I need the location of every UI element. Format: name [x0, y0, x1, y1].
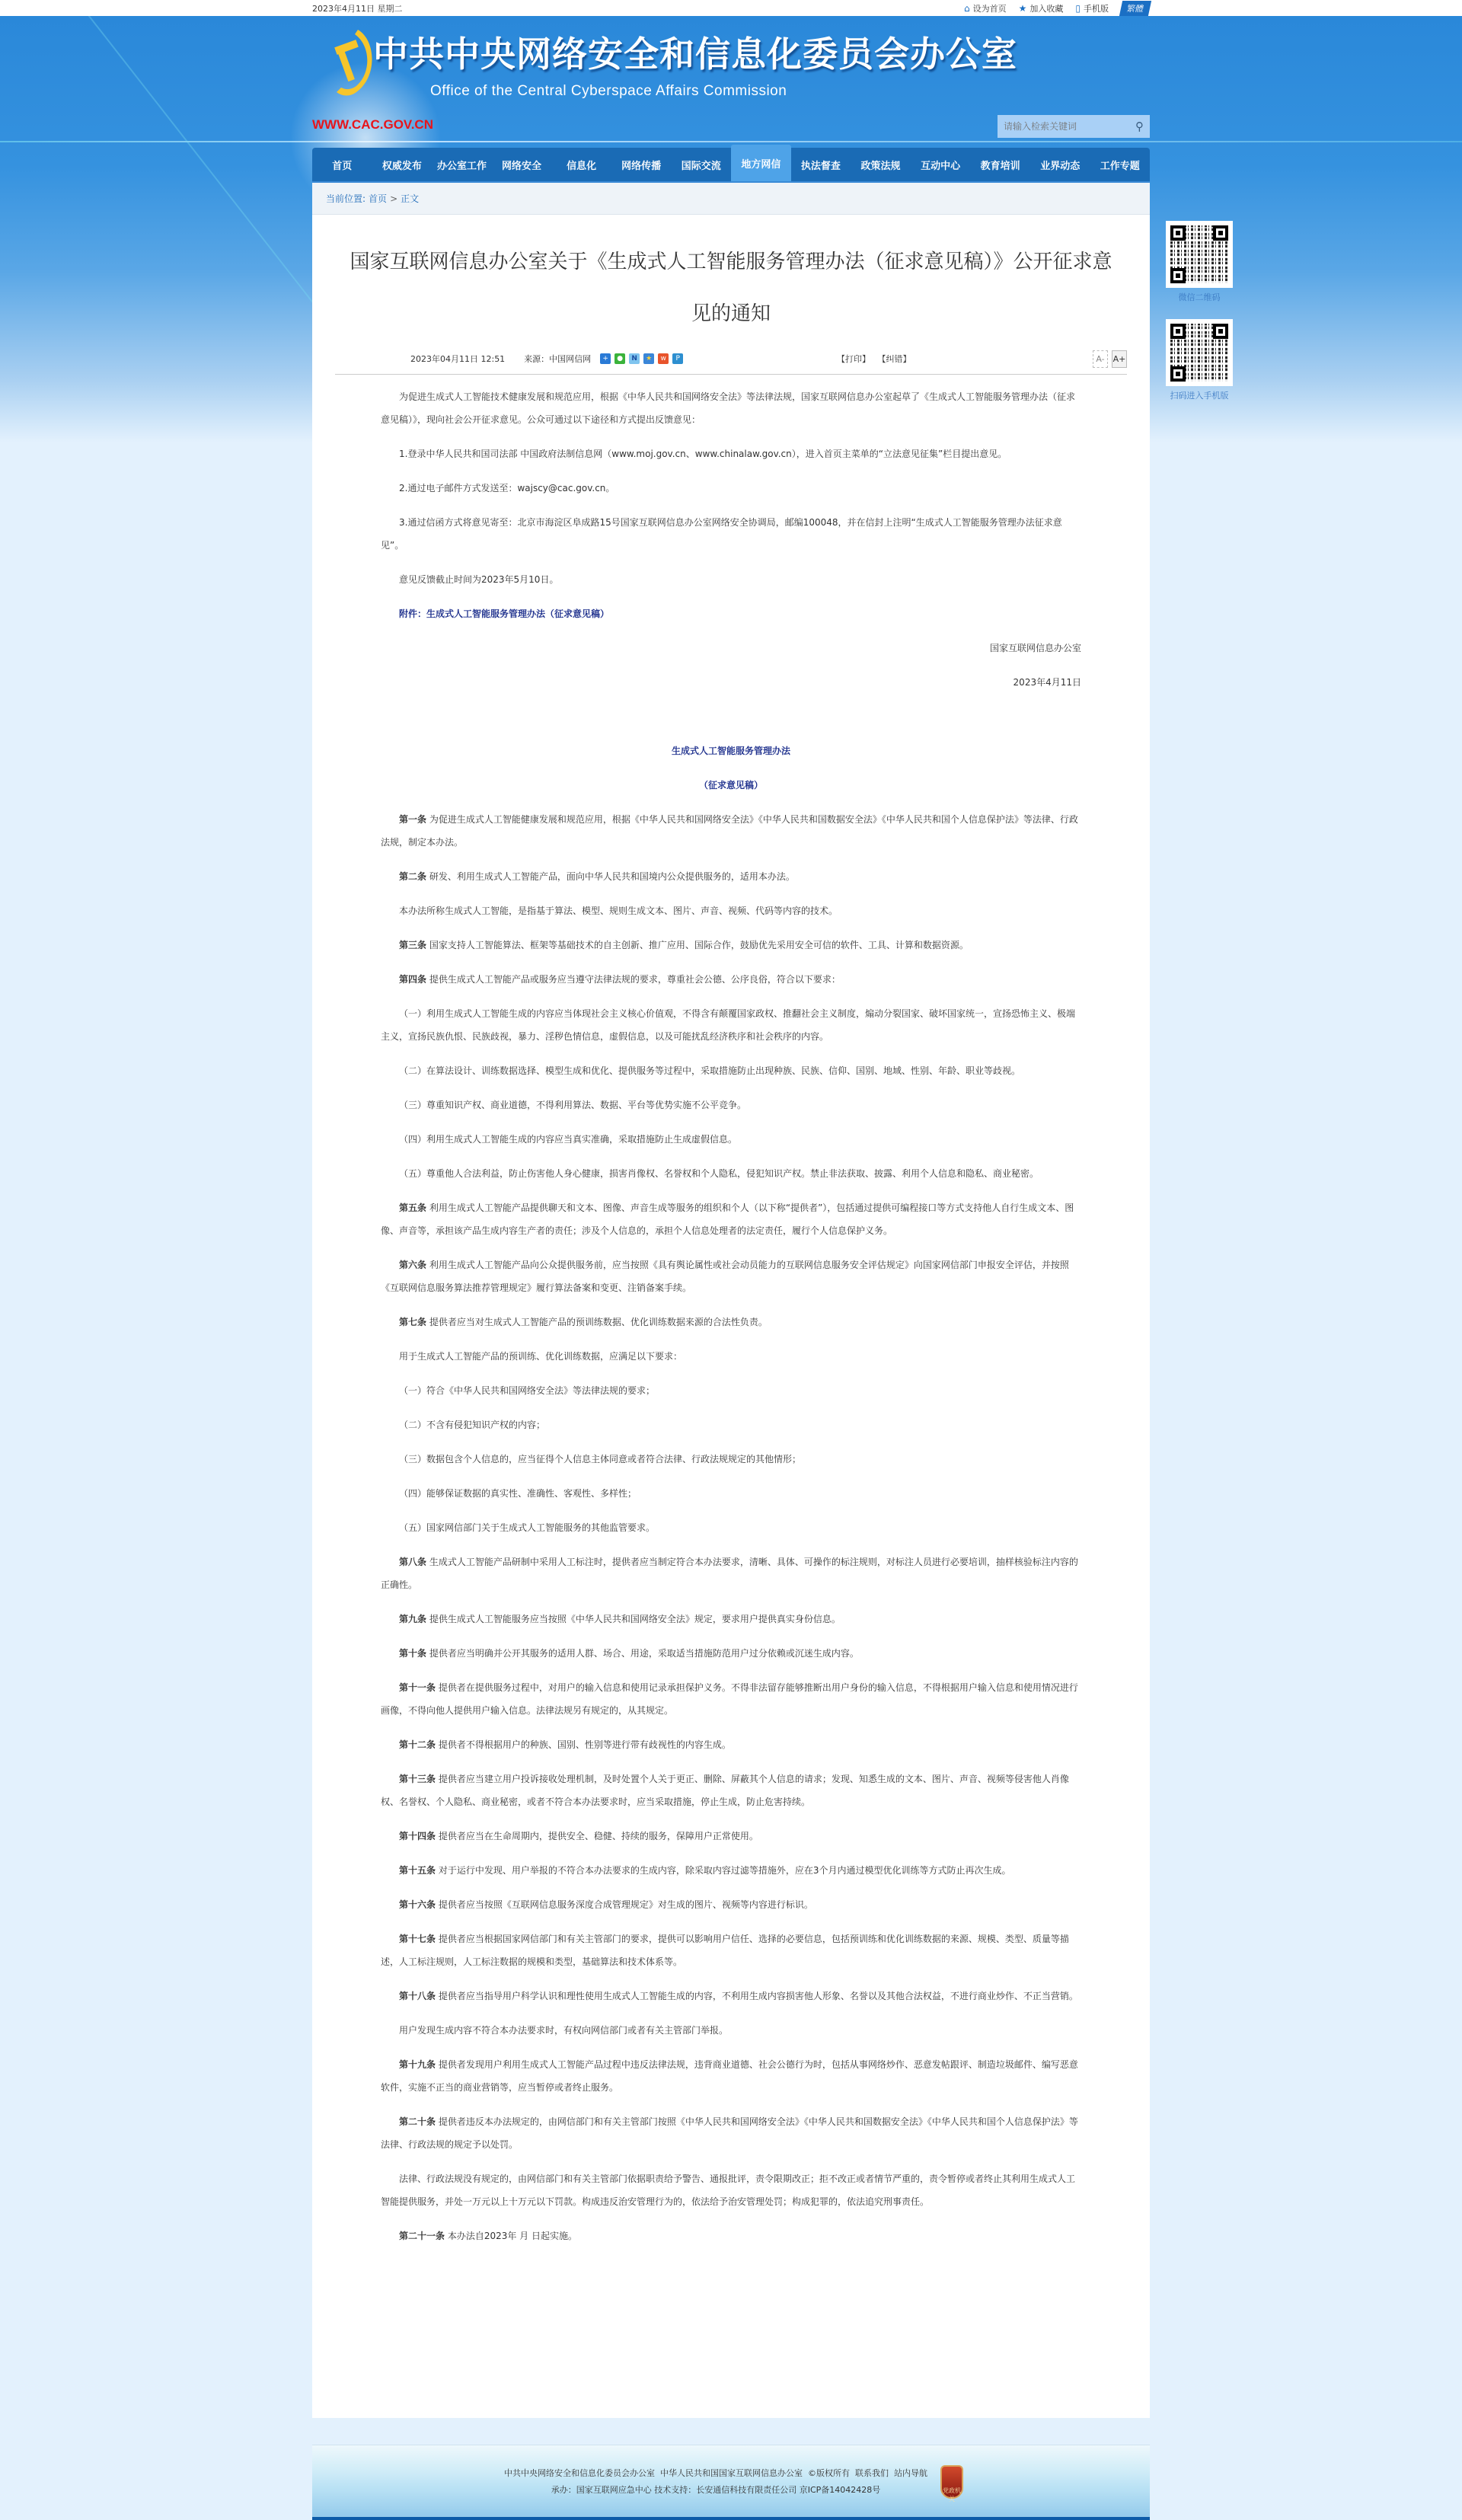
- wechat-qr-code: [1166, 221, 1233, 288]
- site-title-english: Office of the Central Cyberspace Affairs…: [430, 83, 787, 100]
- article-text: 对于运行中发现、用户举报的不符合本办法要求的生成内容，除采取内容过滤等措施外，应…: [439, 1865, 1011, 1876]
- share-n-icon[interactable]: N: [629, 353, 640, 364]
- article-text: 本办法自2023年 月 日起实施。: [448, 2231, 577, 2241]
- footer-line1: 中共中央网络安全和信息化委员会办公室 中华人民共和国国家互联网信息办公室 ©版权…: [297, 2465, 1135, 2482]
- print-link[interactable]: 【打印】: [837, 354, 870, 364]
- article-number: 第四条: [399, 974, 426, 985]
- article-source: 来源：中国网信网: [524, 353, 591, 365]
- law-article-paragraph: 第七条 提供者应当对生成式人工智能产品的预训练数据、优化训练数据来源的合法性负责…: [381, 1311, 1081, 1333]
- article-title: 国家互联网信息办公室关于《生成式人工智能服务管理办法（征求意见稿）》公开征求意见…: [335, 236, 1127, 340]
- article-text: （二）不含有侵犯知识产权的内容；: [399, 1420, 545, 1430]
- article-text: 提供者发现用户利用生成式人工智能产品过程中违反法律法规，违背商业道德、社会公德行…: [381, 2059, 1078, 2093]
- article-text: 提供者应当按照《互联网信息服务深度合成管理规定》对生成的图片、视频等内容进行标识…: [439, 1899, 813, 1910]
- current-date: 2023年4月11日 星期二: [312, 2, 964, 14]
- article-text: （一）利用生成式人工智能生成的内容应当体现社会主义核心价值观，不得含有颠覆国家政…: [381, 1008, 1075, 1042]
- nav-item[interactable]: 信息化: [551, 148, 611, 181]
- article-text: 提供者应当指导用户科学认识和理性使用生成式人工智能生成的内容，不利用生成内容损害…: [439, 1991, 1078, 2001]
- channel-item: 1.登录中华人民共和国司法部 中国政府法制信息网（www.moj.gov.cn、…: [381, 442, 1081, 465]
- article-number: 第十条: [399, 1648, 426, 1659]
- main-nav: 首页权威发布办公室工作网络安全信息化网络传播国际交流地方网信执法督查政策法规互动…: [312, 148, 1150, 183]
- article-text: 提供生成式人工智能服务应当按照《中华人民共和国网络安全法》规定，要求用户提供真实…: [429, 1614, 841, 1624]
- channel-item: 2.通过电子邮件方式发送至：wajscy@cac.gov.cn。: [381, 477, 1081, 500]
- wechat-qr-label[interactable]: 微信二维码: [1165, 291, 1234, 303]
- nav-item[interactable]: 政策法规: [851, 148, 911, 181]
- footer-line2: 承办：国家互联网应急中心 技术支持：长安通信科技有限责任公司 京ICP备1404…: [297, 2482, 1135, 2499]
- article-text: （三）尊重知识产权、商业道德，不得利用算法、数据、平台等优势实施不公平竞争。: [399, 1100, 746, 1110]
- law-article-paragraph: 第六条 利用生成式人工智能产品向公众提供服务前，应当按照《具有舆论属性或社会动员…: [381, 1254, 1081, 1299]
- law-article-paragraph: 第三条 国家支持人工智能算法、框架等基础技术的自主创新、推广应用、国际合作，鼓励…: [381, 934, 1081, 957]
- mobile-qr-panel: 扫码进入手机版: [1165, 319, 1234, 401]
- add-favorite-link[interactable]: ★ 加入收藏: [1019, 2, 1064, 14]
- law-article-paragraph: 第十九条 提供者发现用户利用生成式人工智能产品过程中违反法律法规，违背商业道德、…: [381, 2053, 1081, 2099]
- law-article-paragraph: （二）不含有侵犯知识产权的内容；: [381, 1413, 1081, 1436]
- footer-copyright: ©版权所有: [808, 2468, 850, 2478]
- nav-item[interactable]: 权威发布: [372, 148, 433, 181]
- article-text: 利用生成式人工智能产品向公众提供服务前，应当按照《具有舆论属性或社会动员能力的互…: [381, 1260, 1069, 1293]
- article-text: 提供者违反本办法规定的，由网信部门和有关主管部门按照《中华人民共和国网络安全法》…: [381, 2116, 1078, 2150]
- law-article-paragraph: 第十四条 提供者应当在生命周期内，提供安全、稳健、持续的服务，保障用户正常使用。: [381, 1825, 1081, 1848]
- article-body: 为促进生成式人工智能技术健康发展和规范应用，根据《中华人民共和国网络安全法》等法…: [335, 375, 1127, 2247]
- law-article-paragraph: （五）国家网信部门关于生成式人工智能服务的其他监管要求。: [381, 1516, 1081, 1539]
- article-number: 第五条: [399, 1203, 426, 1213]
- article-container: 国家互联网信息办公室关于《生成式人工智能服务管理办法（征求意见稿）》公开征求意见…: [312, 215, 1150, 2418]
- breadcrumb-prefix: 当前位置:: [326, 192, 365, 205]
- article-number: 第十八条: [399, 1991, 436, 2001]
- article-text: 用户发现生成内容不符合本办法要求时，有权向网信部门或者有关主管部门举报。: [399, 2025, 728, 2036]
- signature-date: 2023年4月11日: [381, 671, 1081, 694]
- article-text: 法律、行政法规没有规定的，由网信部门和有关主管部门依据职责给予警告、通报批评，责…: [381, 2173, 1075, 2207]
- share-buttons: + ● N ★ w P: [600, 353, 683, 364]
- article-number: 第一条: [399, 814, 426, 825]
- article-number: 第九条: [399, 1614, 426, 1624]
- mobile-icon: ▯: [1075, 3, 1081, 14]
- article-text: 本办法所称生成式人工智能，是指基于算法、模型、规则生成文本、图片、声音、视频、代…: [399, 905, 838, 916]
- nav-item[interactable]: 办公室工作: [432, 148, 492, 181]
- law-article-paragraph: 第一条 为促进生成式人工智能健康发展和规范应用，根据《中华人民共和国网络安全法》…: [381, 808, 1081, 854]
- law-article-paragraph: （一）符合《中华人民共和国网络安全法》等法律法规的要求；: [381, 1379, 1081, 1402]
- wechat-qr-panel: 微信二维码: [1165, 221, 1234, 303]
- font-decrease-button[interactable]: A-: [1093, 350, 1108, 368]
- law-article-paragraph: 第八条 生成式人工智能产品研制中采用人工标注时，提供者应当制定符合本办法要求，清…: [381, 1551, 1081, 1596]
- article-number: 第十二条: [399, 1739, 436, 1750]
- law-subtitle: （征求意见稿）: [381, 774, 1081, 797]
- law-articles: 第一条 为促进生成式人工智能健康发展和规范应用，根据《中华人民共和国网络安全法》…: [381, 808, 1081, 2247]
- search-input[interactable]: [1004, 121, 1135, 132]
- footer-org2[interactable]: 中华人民共和国国家互联网信息办公室: [660, 2468, 803, 2478]
- law-article-paragraph: （四）能够保证数据的真实性、准确性、客观性、多样性；: [381, 1482, 1081, 1505]
- footer-org1[interactable]: 中共中央网络安全和信息化委员会办公室: [504, 2468, 655, 2478]
- government-badge-icon[interactable]: 党政机关: [940, 2465, 963, 2499]
- attachment-link[interactable]: 附件：生成式人工智能服务管理办法（征求意见稿）: [399, 608, 609, 619]
- channel-item: 3.通过信函方式将意见寄至：北京市海淀区阜成路15号国家互联网信息办公室网络安全…: [381, 511, 1081, 557]
- article-number: 第二十一条: [399, 2231, 445, 2241]
- law-article-paragraph: 第二十条 提供者违反本办法规定的，由网信部门和有关主管部门按照《中华人民共和国网…: [381, 2110, 1081, 2156]
- article-text: 研发、利用生成式人工智能产品，面向中华人民共和国境内公众提供服务的，适用本办法。: [429, 871, 795, 882]
- nav-item[interactable]: 教育培训: [970, 148, 1030, 181]
- law-article-paragraph: 第十八条 提供者应当指导用户科学认识和理性使用生成式人工智能生成的内容，不利用生…: [381, 1985, 1081, 2007]
- nav-item[interactable]: 业界动态: [1030, 148, 1090, 181]
- article-number: 第十七条: [399, 1934, 436, 1944]
- law-article-paragraph: （二）在算法设计、训练数据选择、模型生成和优化、提供服务等过程中，采取措施防止出…: [381, 1059, 1081, 1082]
- article-text: 提供生成式人工智能产品或服务应当遵守法律法规的要求，尊重社会公德、公序良俗，符合…: [429, 974, 841, 985]
- font-increase-button[interactable]: A+: [1112, 350, 1127, 368]
- law-article-paragraph: 第十六条 提供者应当按照《互联网信息服务深度合成管理规定》对生成的图片、视频等内…: [381, 1893, 1081, 1916]
- law-article-paragraph: 第五条 利用生成式人工智能产品提供聊天和文本、图像、声音生成等服务的组织和个人（…: [381, 1196, 1081, 1242]
- report-error-link[interactable]: 【纠错】: [878, 354, 911, 364]
- traditional-chinese-button[interactable]: 繁體: [1119, 1, 1151, 16]
- party-emblem-icon: [329, 24, 375, 100]
- law-article-paragraph: 用于生成式人工智能产品的预训练、优化训练数据，应满足以下要求：: [381, 1345, 1081, 1368]
- article-text: （三）数据包含个人信息的，应当征得个人信息主体同意或者符合法律、行政法规规定的其…: [399, 1454, 801, 1464]
- footer-sitemap-link[interactable]: 站内导航: [894, 2468, 927, 2478]
- share-p-icon[interactable]: P: [672, 353, 683, 364]
- article-text: 提供者不得根据用户的种族、国别、性别等进行带有歧视性的内容生成。: [439, 1739, 731, 1750]
- law-article-paragraph: 第九条 提供生成式人工智能服务应当按照《中华人民共和国网络安全法》规定，要求用户…: [381, 1608, 1081, 1630]
- article-number: 第十九条: [399, 2059, 436, 2070]
- mobile-qr-label[interactable]: 扫码进入手机版: [1165, 389, 1234, 401]
- law-article-paragraph: 第十条 提供者应当明确并公开其服务的适用人群、场合、用途，采取适当措施防范用户过…: [381, 1642, 1081, 1665]
- law-article-paragraph: 第十七条 提供者应当根据国家网信部门和有关主管部门的要求，提供可以影响用户信任、…: [381, 1928, 1081, 1973]
- article-text: 生成式人工智能产品研制中采用人工标注时，提供者应当制定符合本办法要求，清晰、具体…: [381, 1557, 1078, 1590]
- article-number: 第十四条: [399, 1831, 436, 1841]
- article-text: （一）符合《中华人民共和国网络安全法》等法律法规的要求；: [399, 1385, 655, 1396]
- mobile-version-link[interactable]: ▯ 手机版: [1075, 2, 1109, 14]
- nav-item[interactable]: 工作专题: [1090, 148, 1151, 181]
- article-text: （五）尊重他人合法利益，防止伤害他人身心健康，损害肖像权、名誉权和个人隐私，侵犯…: [399, 1168, 1039, 1179]
- article-text: 为促进生成式人工智能健康发展和规范应用，根据《中华人民共和国网络安全法》《中华人…: [381, 814, 1078, 848]
- nav-item[interactable]: 网络安全: [492, 148, 552, 181]
- article-number: 第六条: [399, 1260, 426, 1270]
- nav-item[interactable]: 地方网信: [731, 145, 791, 181]
- article-text: 用于生成式人工智能产品的预训练、优化训练数据，应满足以下要求：: [399, 1351, 682, 1362]
- law-article-paragraph: 法律、行政法规没有规定的，由网信部门和有关主管部门依据职责给予警告、通报批评，责…: [381, 2167, 1081, 2213]
- article-number: 第八条: [399, 1557, 426, 1567]
- article-number: 第十六条: [399, 1899, 436, 1910]
- set-homepage-link[interactable]: ⌂ 设为首页: [964, 2, 1007, 14]
- weibo-icon[interactable]: w: [658, 353, 669, 364]
- law-article-paragraph: 第十一条 提供者在提供服务过程中，对用户的输入信息和使用记录承担保护义务。不得非…: [381, 1676, 1081, 1722]
- deadline-paragraph: 意见反馈截止时间为2023年5月10日。: [381, 568, 1081, 591]
- qzone-icon[interactable]: ★: [643, 353, 654, 364]
- article-text: （二）在算法设计、训练数据选择、模型生成和优化、提供服务等过程中，采取措施防止出…: [399, 1065, 1020, 1076]
- article-meta: 2023年04月11日 12:51 来源：中国网信网 + ● N ★ w P 【…: [335, 343, 1127, 375]
- article-text: 利用生成式人工智能产品提供聊天和文本、图像、声音生成等服务的组织和个人（以下称“…: [381, 1203, 1074, 1236]
- article-number: 第二条: [399, 871, 426, 882]
- article-text: 国家支持人工智能算法、框架等基础技术的自主创新、推广应用、国际合作，鼓励优先采用…: [429, 940, 969, 950]
- law-article-paragraph: 第四条 提供生成式人工智能产品或服务应当遵守法律法规的要求，尊重社会公德、公序良…: [381, 968, 1081, 991]
- nav-item[interactable]: 首页: [312, 148, 372, 181]
- star-icon: ★: [1019, 3, 1027, 14]
- article-text: 提供者应当明确并公开其服务的适用人群、场合、用途，采取适当措施防范用户过分依赖或…: [429, 1648, 859, 1659]
- nav-item[interactable]: 互动中心: [911, 148, 971, 181]
- law-article-paragraph: 本办法所称生成式人工智能，是指基于算法、模型、规则生成文本、图片、声音、视频、代…: [381, 899, 1081, 922]
- site-header: 中共中央网络安全和信息化委员会办公室 Office of the Central…: [312, 16, 1150, 145]
- law-article-paragraph: 第十二条 提供者不得根据用户的种族、国别、性别等进行带有歧视性的内容生成。: [381, 1733, 1081, 1756]
- mobile-qr-code: [1166, 319, 1233, 386]
- law-article-paragraph: 用户发现生成内容不符合本办法要求时，有权向网信部门或者有关主管部门举报。: [381, 2019, 1081, 2042]
- law-article-paragraph: （五）尊重他人合法利益，防止伤害他人身心健康，损害肖像权、名誉权和个人隐私，侵犯…: [381, 1162, 1081, 1185]
- article-text: （四）能够保证数据的真实性、准确性、客观性、多样性；: [399, 1488, 637, 1499]
- article-number: 第十五条: [399, 1865, 436, 1876]
- site-footer: 中共中央网络安全和信息化委员会办公室 中华人民共和国国家互联网信息办公室 ©版权…: [312, 2445, 1150, 2520]
- publish-date: 2023年04月11日 12:51: [410, 353, 505, 365]
- article-text: （五）国家网信部门关于生成式人工智能服务的其他监管要求。: [399, 1522, 655, 1533]
- law-article-paragraph: （一）利用生成式人工智能生成的内容应当体现社会主义核心价值观，不得含有颠覆国家政…: [381, 1002, 1081, 1048]
- law-article-paragraph: （三）尊重知识产权、商业道德，不得利用算法、数据、平台等优势实施不公平竞争。: [381, 1094, 1081, 1116]
- article-number: 第二十条: [399, 2116, 436, 2127]
- top-bar: 2023年4月11日 星期二 ⌂ 设为首页 ★ 加入收藏 ▯ 手机版 繁體: [0, 0, 1462, 16]
- breadcrumb-current: 正文: [401, 192, 419, 205]
- law-article-paragraph: 第二条 研发、利用生成式人工智能产品，面向中华人民共和国境内公众提供服务的，适用…: [381, 865, 1081, 888]
- breadcrumb: 当前位置: 首页 > 正文: [312, 183, 1150, 215]
- law-article-paragraph: （四）利用生成式人工智能生成的内容应当真实准确，采取措施防止生成虚假信息。: [381, 1128, 1081, 1151]
- search-box: ⚲: [998, 115, 1150, 138]
- site-title: 中共中央网络安全和信息化委员会办公室: [373, 27, 1017, 77]
- law-article-paragraph: 第二十一条 本办法自2023年 月 日起实施。: [381, 2225, 1081, 2247]
- signature-org: 国家互联网信息办公室: [381, 637, 1081, 660]
- home-icon: ⌂: [964, 3, 970, 14]
- footer-contact-link[interactable]: 联系我们: [855, 2468, 889, 2478]
- article-number: 第十一条: [399, 1682, 436, 1693]
- article-number: 第七条: [399, 1317, 426, 1327]
- article-text: 提供者应当对生成式人工智能产品的预训练数据、优化训练数据来源的合法性负责。: [429, 1317, 768, 1327]
- article-number: 第三条: [399, 940, 426, 950]
- article-text: 提供者在提供服务过程中，对用户的输入信息和使用记录承担保护义务。不得非法留存能够…: [381, 1682, 1078, 1716]
- intro-paragraph: 为促进生成式人工智能技术健康发展和规范应用，根据《中华人民共和国网络安全法》等法…: [381, 385, 1081, 431]
- wechat-icon[interactable]: ●: [614, 353, 625, 364]
- breadcrumb-home[interactable]: 首页: [369, 192, 387, 205]
- article-text: 提供者应当根据国家网信部门和有关主管部门的要求，提供可以影响用户信任、选择的必要…: [381, 1934, 1069, 1967]
- article-text: 提供者应当在生命周期内，提供安全、稳健、持续的服务，保障用户正常使用。: [439, 1831, 758, 1841]
- share-plus-icon[interactable]: +: [600, 353, 611, 364]
- article-number: 第十三条: [399, 1774, 436, 1784]
- nav-item[interactable]: 执法督查: [791, 148, 851, 181]
- site-url: WWW.CAC.GOV.CN: [312, 117, 433, 133]
- nav-item[interactable]: 国际交流: [671, 148, 731, 181]
- article-text: （四）利用生成式人工智能生成的内容应当真实准确，采取措施防止生成虚假信息。: [399, 1134, 737, 1145]
- law-article-paragraph: 第十五条 对于运行中发现、用户举报的不符合本办法要求的生成内容，除采取内容过滤等…: [381, 1859, 1081, 1882]
- law-title: 生成式人工智能服务管理办法: [381, 739, 1081, 762]
- article-text: 提供者应当建立用户投诉接收处理机制，及时处置个人关于更正、删除、屏蔽其个人信息的…: [381, 1774, 1069, 1807]
- nav-item[interactable]: 网络传播: [611, 148, 672, 181]
- breadcrumb-separator: >: [390, 193, 397, 204]
- law-article-paragraph: （三）数据包含个人信息的，应当征得个人信息主体同意或者符合法律、行政法规规定的其…: [381, 1448, 1081, 1471]
- law-article-paragraph: 第十三条 提供者应当建立用户投诉接收处理机制，及时处置个人关于更正、删除、屏蔽其…: [381, 1768, 1081, 1813]
- search-icon[interactable]: ⚲: [1135, 120, 1144, 133]
